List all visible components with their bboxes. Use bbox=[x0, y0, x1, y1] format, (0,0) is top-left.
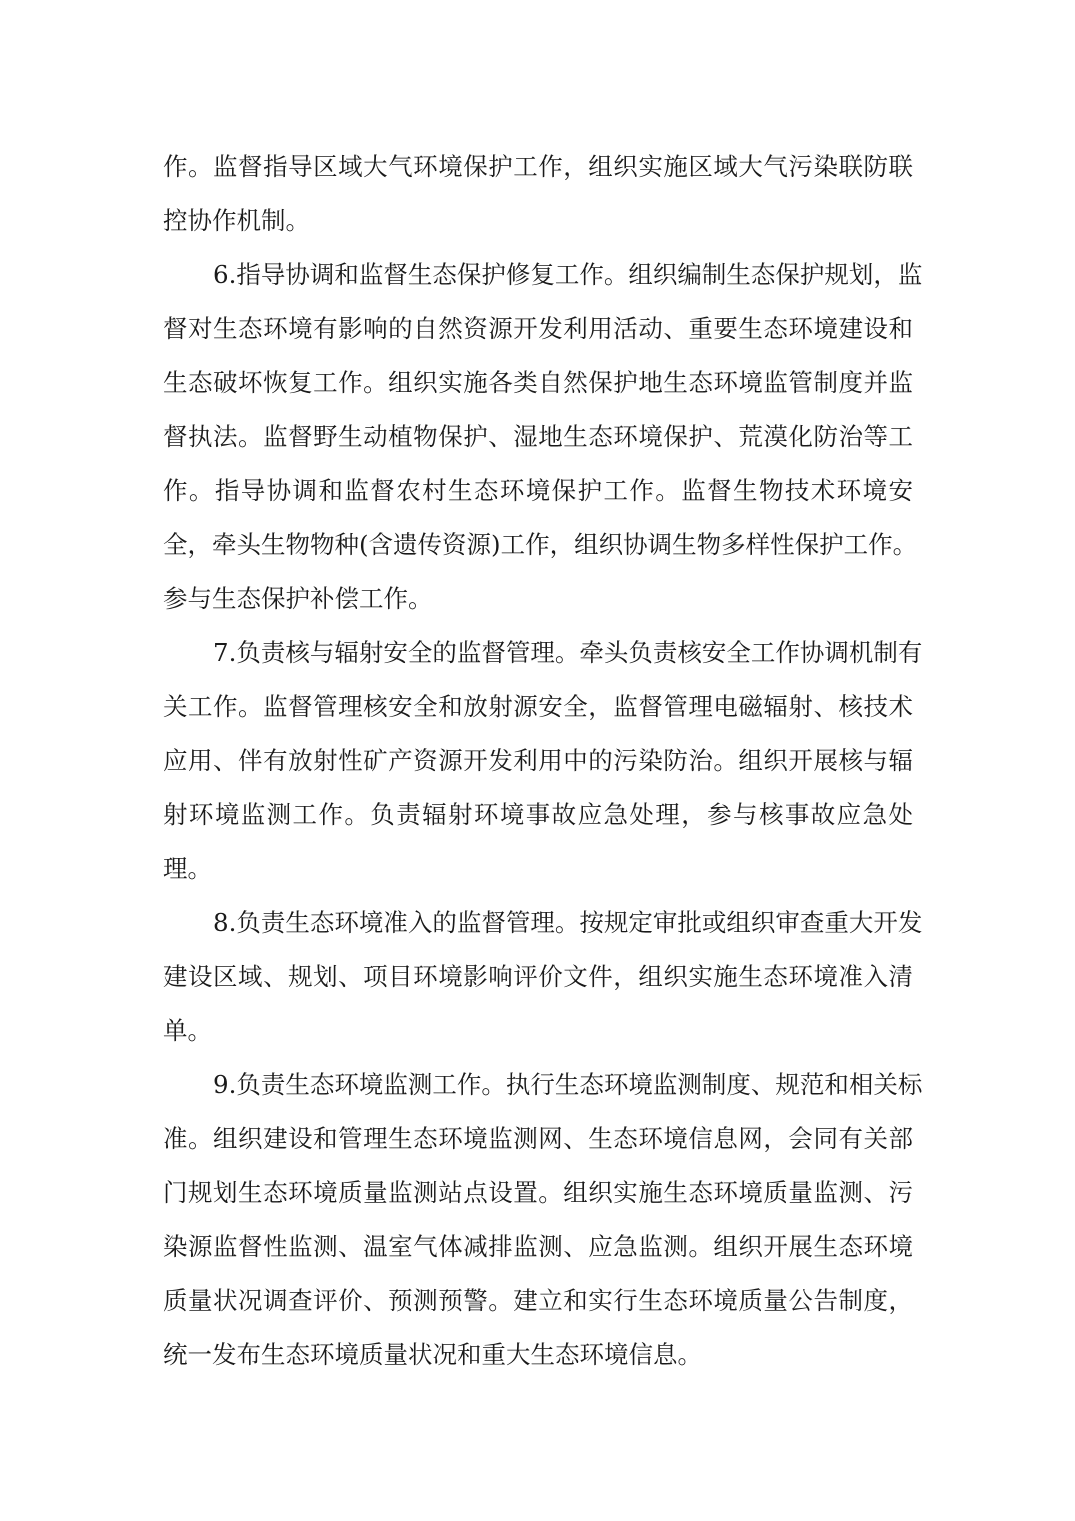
text-line: 督执法。监督野生动植物保护、湿地生态环境保护、荒漠化防治等工 bbox=[163, 410, 913, 464]
text-line: 控协作机制。 bbox=[163, 194, 913, 248]
text-line: 6.指导协调和监督生态保护修复工作。组织编制生态保护规划，监 bbox=[163, 248, 913, 302]
paragraph-9: 9.负责生态环境监测工作。执行生态环境监测制度、规范和相关标 准。组织建设和管理… bbox=[163, 1058, 913, 1382]
text-line: 关工作。监督管理核安全和放射源安全，监督管理电磁辐射、核技术 bbox=[163, 680, 913, 734]
paragraph-8: 8.负责生态环境准入的监督管理。按规定审批或组织审查重大开发 建设区域、规划、项… bbox=[163, 896, 913, 1058]
text-line: 督对生态环境有影响的自然资源开发利用活动、重要生态环境建设和 bbox=[163, 302, 913, 356]
text-line: 建设区域、规划、项目环境影响评价文件，组织实施生态环境准入清 bbox=[163, 950, 913, 1004]
text-line: 理。 bbox=[163, 842, 913, 896]
text-line: 统一发布生态环境质量状况和重大生态环境信息。 bbox=[163, 1328, 913, 1382]
text-line: 作。指导协调和监督农村生态环境保护工作。监督生物技术环境安 bbox=[163, 464, 913, 518]
text-line: 门规划生态环境质量监测站点设置。组织实施生态环境质量监测、污 bbox=[163, 1166, 913, 1220]
text-line: 准。组织建设和管理生态环境监测网、生态环境信息网，会同有关部 bbox=[163, 1112, 913, 1166]
text-line: 生态破坏恢复工作。组织实施各类自然保护地生态环境监管制度并监 bbox=[163, 356, 913, 410]
paragraph-7: 7.负责核与辐射安全的监督管理。牵头负责核安全工作协调机制有 关工作。监督管理核… bbox=[163, 626, 913, 896]
text-line: 应用、伴有放射性矿产资源开发利用中的污染防治。组织开展核与辐 bbox=[163, 734, 913, 788]
text-line: 7.负责核与辐射安全的监督管理。牵头负责核安全工作协调机制有 bbox=[163, 626, 913, 680]
text-line: 参与生态保护补偿工作。 bbox=[163, 572, 913, 626]
text-line: 作。监督指导区域大气环境保护工作，组织实施区域大气污染联防联 bbox=[163, 140, 913, 194]
text-line: 染源监督性监测、温室气体减排监测、应急监测。组织开展生态环境 bbox=[163, 1220, 913, 1274]
text-line: 9.负责生态环境监测工作。执行生态环境监测制度、规范和相关标 bbox=[163, 1058, 913, 1112]
paragraph-6: 6.指导协调和监督生态保护修复工作。组织编制生态保护规划，监 督对生态环境有影响… bbox=[163, 248, 913, 626]
document-page: 作。监督指导区域大气环境保护工作，组织实施区域大气污染联防联 控协作机制。 6.… bbox=[163, 140, 913, 1382]
paragraph-5-continuation: 作。监督指导区域大气环境保护工作，组织实施区域大气污染联防联 控协作机制。 bbox=[163, 140, 913, 248]
text-line: 质量状况调查评价、预测预警。建立和实行生态环境质量公告制度， bbox=[163, 1274, 913, 1328]
text-line: 全，牵头生物物种(含遗传资源)工作，组织协调生物多样性保护工作。 bbox=[163, 518, 913, 572]
text-line: 单。 bbox=[163, 1004, 913, 1058]
text-line: 8.负责生态环境准入的监督管理。按规定审批或组织审查重大开发 bbox=[163, 896, 913, 950]
text-line: 射环境监测工作。负责辐射环境事故应急处理，参与核事故应急处 bbox=[163, 788, 913, 842]
